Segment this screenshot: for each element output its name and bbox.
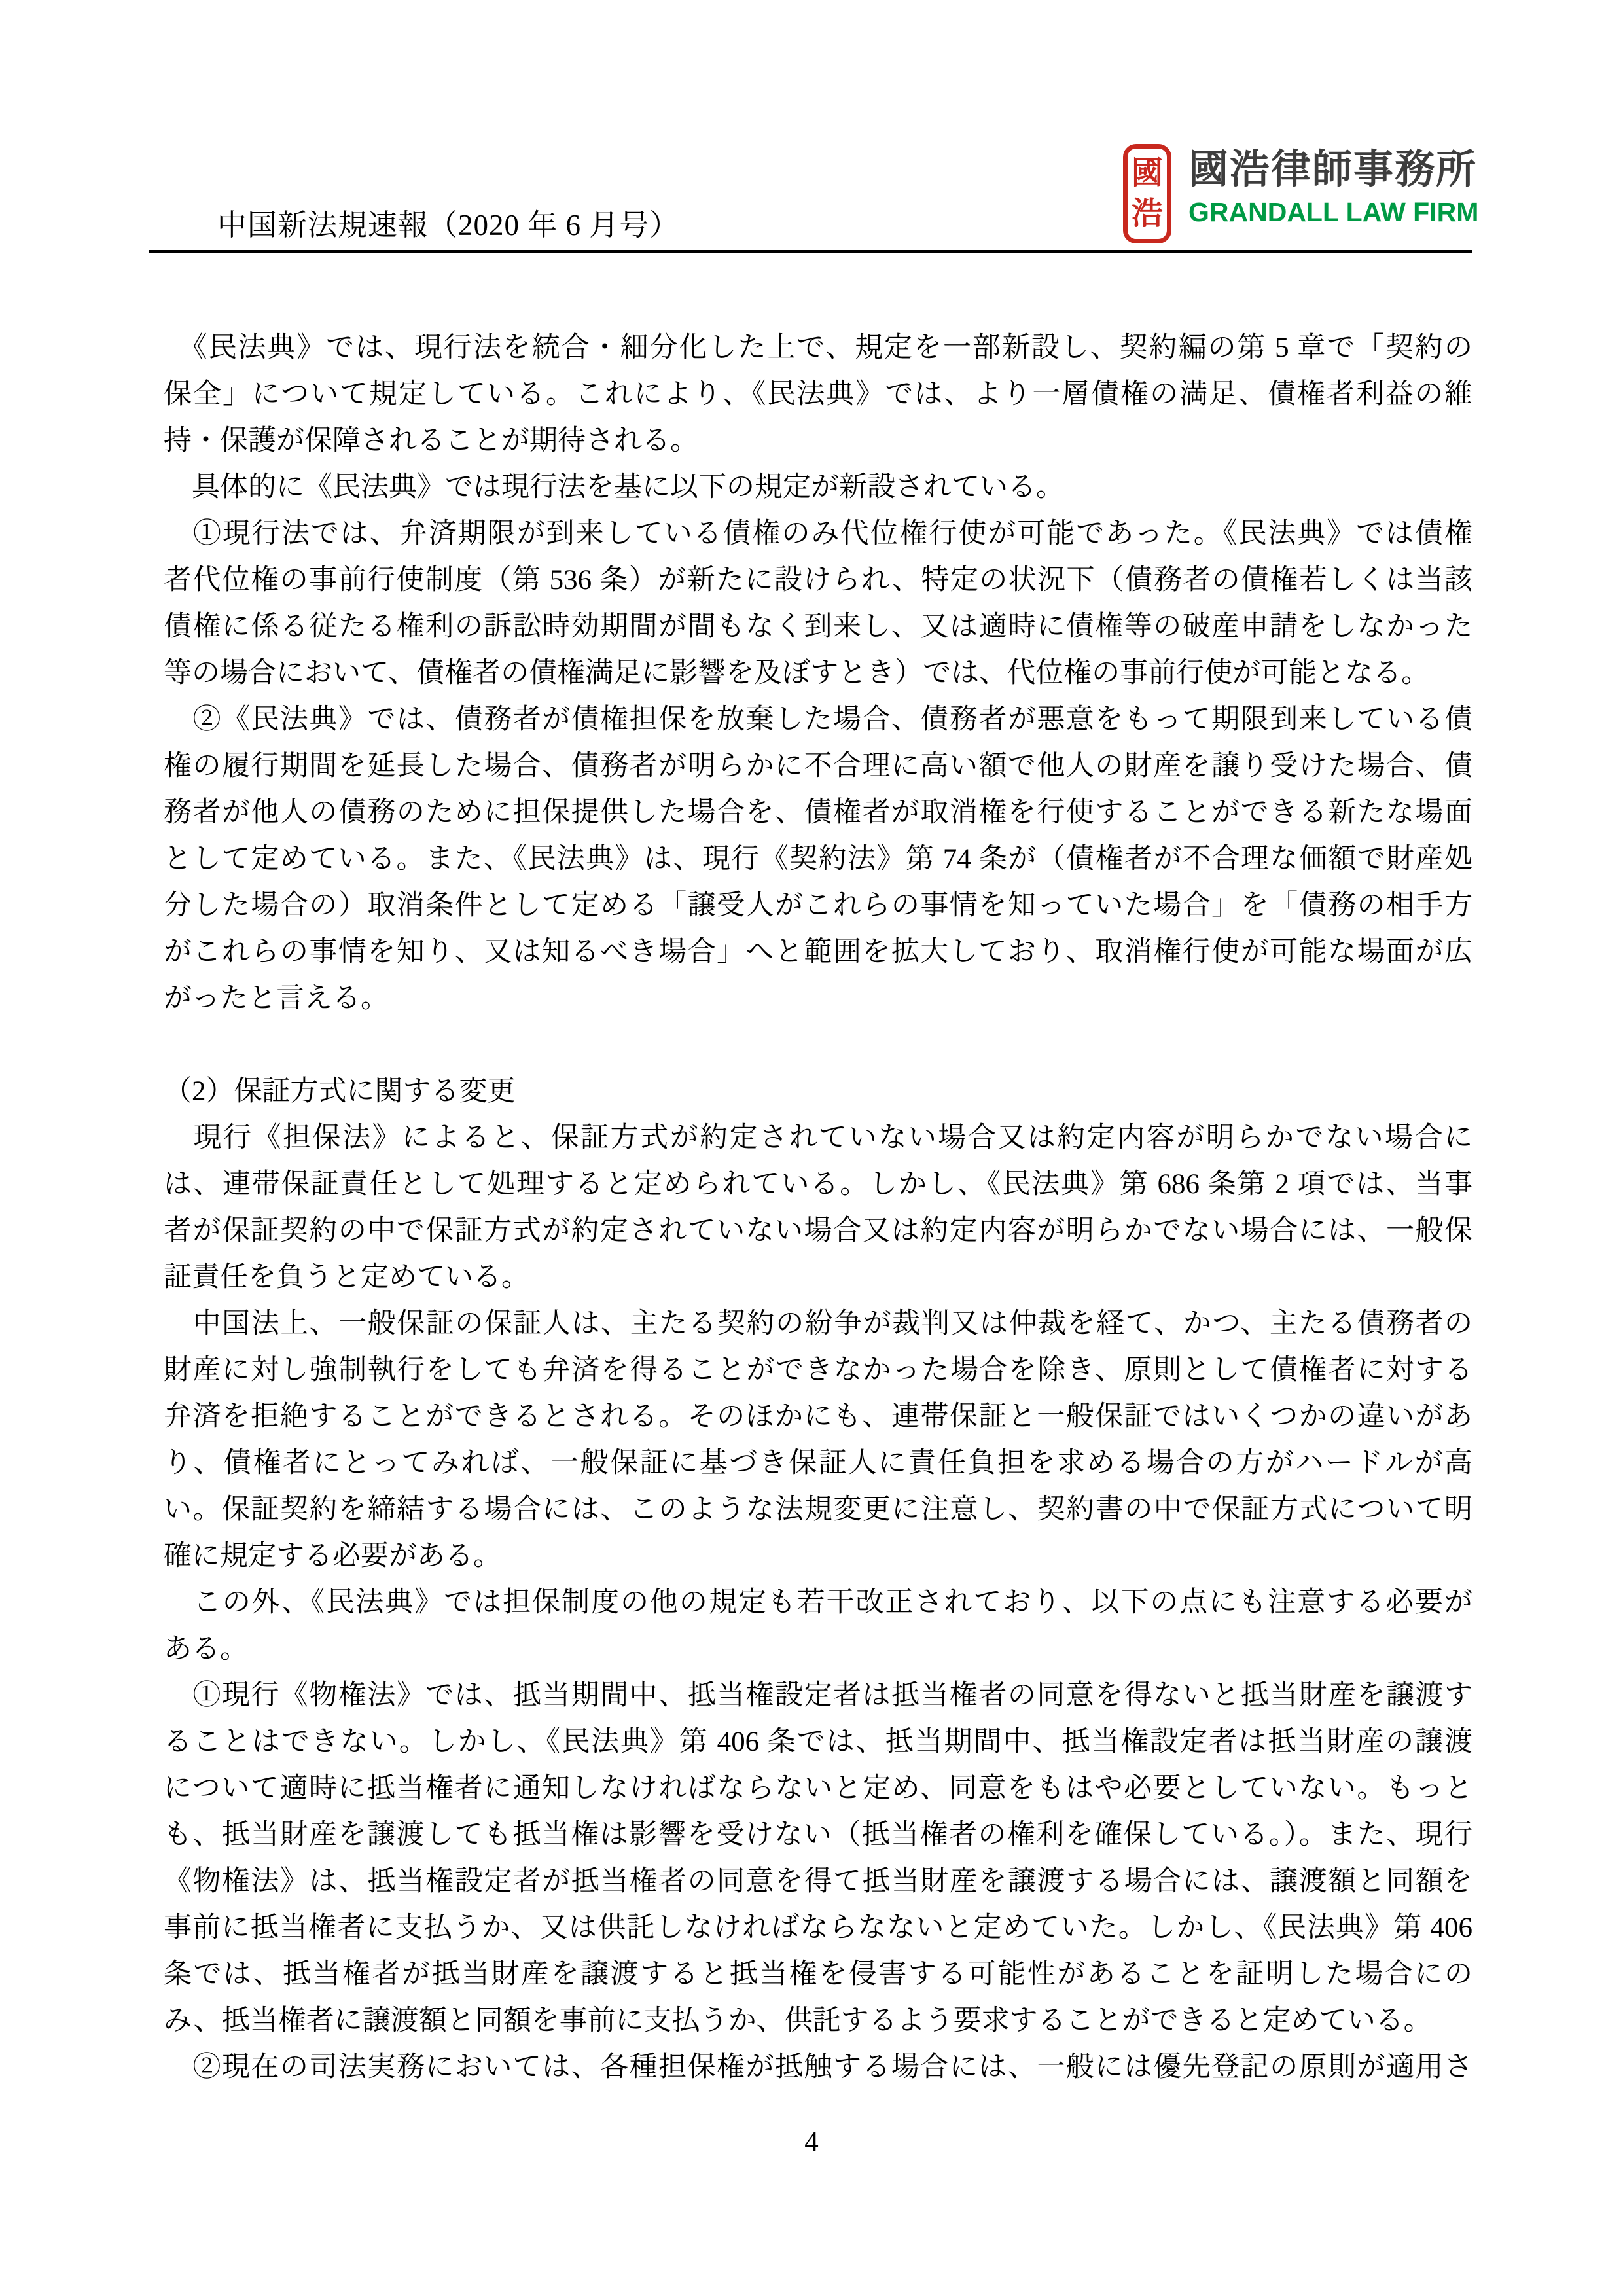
body-text-line: 分した場合の）取消条件として定める「譲受人がこれらの事情を知っていた場合」を「債…: [164, 882, 1472, 929]
body-text-line: 確に規定する必要がある。: [164, 1533, 1472, 1579]
body-text-line: 条では、抵当権者が抵当財産を譲渡すると抵当権を侵害する可能性があることを証明した…: [164, 1951, 1472, 1998]
seal-bottom-char: 浩: [1132, 198, 1163, 230]
body-text-line: 持・保護が保障されることが期待される。: [164, 418, 1472, 464]
body-text-line: い。保証契約を締結する場合には、このような法規変更に注意し、契約書の中で保証方式…: [164, 1486, 1472, 1533]
page-number: 4: [0, 2126, 1623, 2159]
blank-line: [164, 1022, 1472, 1068]
body-text-line: 者が保証契約の中で保証方式が約定されていない場合又は約定内容が明らかでない場合に…: [164, 1208, 1472, 1254]
firm-name-chinese: 國浩律師事務所: [1188, 144, 1478, 194]
section-heading-line: （2）保証方式に関する変更: [164, 1068, 1472, 1115]
firm-logo-text: 國浩律師事務所 GRANDALL LAW FIRM: [1188, 144, 1478, 228]
body-text-line: がったと言える。: [164, 975, 1472, 1022]
body-text-line: 証責任を負うと定めている。: [164, 1254, 1472, 1300]
body-text-line: ②現在の司法実務においては、各種担保権が抵触する場合には、一般には優先登記の原則…: [164, 2044, 1472, 2090]
body-text-line: ①現行《物権法》では、抵当期間中、抵当権設定者は抵当権者の同意を得ないと抵当財産…: [164, 1672, 1472, 1719]
body-text-line: 権の履行期間を延長した場合、債務者が明らかに不合理に高い額で他人の財産を譲り受け…: [164, 743, 1472, 789]
document-page: 中国新法規速報（2020 年 6 月号） 國 浩 國浩律師事務所 GRANDAL…: [0, 0, 1623, 2296]
seal-top-char: 國: [1132, 158, 1163, 189]
body-text-line: 具体的に《民法典》では現行法を基に以下の規定が新設されている。: [164, 464, 1472, 511]
body-text-line: 財産に対し強制執行をしても弁済を得ることができなかった場合を除き、原則として債権…: [164, 1347, 1472, 1393]
body-text-line: 務者が他人の債務のために担保提供した場合を、債権者が取消権を行使することができる…: [164, 789, 1472, 836]
body-text-line: 事前に抵当権者に支払うか、又は供託しなければならなないと定めていた。しかし、《民…: [164, 1905, 1472, 1951]
grandall-seal-icon: 國 浩: [1123, 144, 1171, 243]
newsletter-title: 中国新法規速報（2020 年 6 月号）: [217, 207, 679, 243]
body-text-line: ることはできない。しかし、《民法典》第 406 条では、抵当期間中、抵当権設定者…: [164, 1719, 1472, 1765]
body-text-line: について適時に抵当権者に通知しなければならないと定め、同意をもはや必要としていな…: [164, 1765, 1472, 1812]
body-text-line: 等の場合において、債権者の債権満足に影響を及ぼすとき）では、代位権の事前行使が可…: [164, 650, 1472, 696]
body-text-line: ②《民法典》では、債務者が債権担保を放棄した場合、債務者が悪意をもって期限到来し…: [164, 696, 1472, 743]
body-text-line: は、連帯保証責任として処理すると定められている。しかし、《民法典》第 686 条…: [164, 1161, 1472, 1208]
body-text-line: 現行《担保法》によると、保証方式が約定されていない場合又は約定内容が明らかでない…: [164, 1115, 1472, 1161]
body-text-line: 中国法上、一般保証の保証人は、主たる契約の紛争が裁判又は仲裁を経て、かつ、主たる…: [164, 1300, 1472, 1347]
body-text-line: がこれらの事情を知り、又は知るべき場合」へと範囲を拡大しており、取消権行使が可能…: [164, 929, 1472, 975]
body-text-line: 者代位権の事前行使制度（第 536 条）が新たに設けられ、特定の状況下（債務者の…: [164, 557, 1472, 603]
firm-logo: 國 浩 國浩律師事務所 GRANDALL LAW FIRM: [1123, 144, 1478, 243]
body-text-line: り、債権者にとってみれば、一般保証に基づき保証人に責任負担を求める場合の方がハー…: [164, 1440, 1472, 1486]
body-text-line: 債権に係る従たる権利の訴訟時効期間が間もなく到来し、又は適時に債権等の破産申請を…: [164, 603, 1472, 650]
firm-name-english: GRANDALL LAW FIRM: [1188, 196, 1478, 228]
body-text-line: 保全」について規定している。これにより、《民法典》では、より一層債権の満足、債権…: [164, 371, 1472, 418]
body-text-line: 弁済を拒絶することができるとされる。そのほかにも、連帯保証と一般保証ではいくつか…: [164, 1393, 1472, 1440]
body-text-line: として定めている。また、《民法典》は、現行《契約法》第 74 条が（債権者が不合…: [164, 836, 1472, 882]
body-text-line: ある。: [164, 1626, 1472, 1672]
body-text-line: ①現行法では、弁済期限が到来している債権のみ代位権行使が可能であった。《民法典》…: [164, 511, 1472, 557]
body-text-line: 《民法典》では、現行法を統合・細分化した上で、規定を一部新設し、契約編の第 5 …: [164, 325, 1472, 371]
header-divider: [149, 250, 1472, 253]
document-body: 《民法典》では、現行法を統合・細分化した上で、規定を一部新設し、契約編の第 5 …: [164, 325, 1472, 2090]
body-text-line: み、抵当権者に譲渡額と同額を事前に支払うか、供託するよう要求することができると定…: [164, 1998, 1472, 2044]
body-text-line: 《物権法》は、抵当権設定者が抵当権者の同意を得て抵当財産を譲渡する場合には、譲渡…: [164, 1858, 1472, 1905]
body-text-line: この外、《民法典》では担保制度の他の規定も若干改正されており、以下の点にも注意す…: [164, 1579, 1472, 1626]
body-text-line: も、抵当財産を譲渡しても抵当権は影響を受けない（抵当権者の権利を確保している。）…: [164, 1812, 1472, 1858]
